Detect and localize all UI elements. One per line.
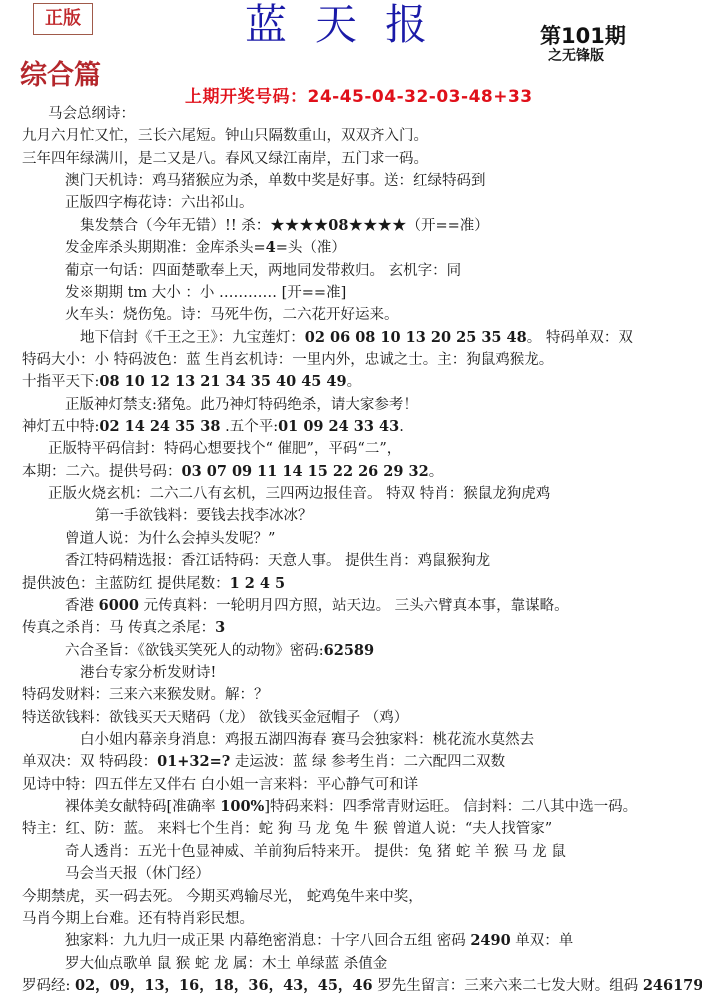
text-line: 葡京一句话：四面楚歌奉上天，两地同发带救归。 玄机字：同 (65, 260, 461, 282)
text-line: 发金库杀头期期准：金库杀头=4=头（准） (65, 237, 346, 259)
text-line: 罗大仙点歌单 鼠 猴 蛇 龙 属：木土 单绿蓝 杀值金 (65, 953, 387, 975)
section-title: 综合篇 (20, 60, 101, 92)
text-line: 见诗中特：四五伴左又伴右 白小姐一言来料：平心静气可和详 (22, 774, 418, 796)
text-line: 特码大小：小 特码波色：蓝 生肖玄机诗：一里内外，忠诚之士。主：狗鼠鸡猴龙。 (22, 349, 553, 371)
text-line: 白小姐内幕亲身消息：鸡报五湖四海春 赛马会独家料：桃花流水莫然去 (80, 729, 534, 751)
text-line: 单双决：双 特码段：01+32=? 走运波：蓝 绿 参考生肖：二六配四二双数 (22, 751, 505, 773)
text-line: 香江特码精选报：香江话特码：天意人事。 提供生肖：鸡鼠猴狗龙 (65, 550, 490, 572)
text-line: 港台专家分析发财诗! (80, 662, 216, 684)
text-line: 发※期期 tm 大小 ：小 ………… [开==准] (65, 282, 346, 304)
text-line: 地下信封《千王之王》：九宝莲灯：02 06 08 10 13 20 25 35 … (80, 327, 633, 349)
text-line: 特送欲钱料：欲钱买天天赌码（龙） 欲钱买金冠帽子 （鸡） (22, 707, 408, 729)
genuine-edition-badge: 正版 (33, 3, 93, 35)
text-line: 提供波色：主蓝防红 提供尾数：1 2 4 5 (22, 573, 285, 595)
text-line: 曾道人说：为什么会掉头发呢？” (65, 528, 275, 550)
text-line: 裸体美女献特码[准确率 100%]特码来料：四季常青财运旺。 信封料：二八其中选… (65, 796, 637, 818)
text-line: 火车头：烧伤兔。诗：马死牛伤，二六花开好运来。 (65, 304, 399, 326)
text-line: 正版四字梅花诗：六出祁山。 (65, 192, 254, 214)
text-line: 特主：红、防：蓝。 来料七个生肖：蛇 狗 马 龙 兔 牛 猴 曾道人说：“夫人找… (22, 818, 552, 840)
edition-label: 之无锋版 (548, 48, 604, 64)
text-line: 三年四年绿满川，是二又是八。春风又绿江南岸，五门求一码。 (22, 148, 428, 170)
last-draw-label: 上期开奖号码： (185, 87, 308, 107)
text-line: 马会总纲诗： (48, 103, 135, 125)
text-line: 第一手欲钱料：要钱去找李冰冰？ (95, 505, 313, 527)
text-line: 马肖今期上台难。还有特肖彩民想。 (22, 908, 254, 930)
issue-number: 第101期 (540, 24, 626, 48)
text-line: 九月六月忙又忙，三长六尾短。钟山只隔数重山，双双齐入门。 (22, 125, 428, 147)
text-line: 正版神灯禁支:猪兔。此乃神灯特码绝杀，请大家参考！ (65, 394, 418, 416)
text-line: 马会当天报（休门经） (65, 863, 210, 885)
text-line: 十指平天下:08 10 12 13 21 34 35 40 45 49。 (22, 371, 361, 393)
text-line: 澳门天机诗：鸡马猪猴应为杀，单数中奖是好事。送：红绿特码到 (65, 170, 486, 192)
text-line: 传真之杀肖：马 传真之杀尾：3 (22, 617, 225, 639)
text-line: 独家料：九九归一成正果 内幕绝密消息：十字八回合五组 密码 2490 单双：单 (65, 930, 573, 952)
text-line: 正版特平码信封：特码心想要找个“ 催肥”，平码“二”， (48, 438, 401, 460)
text-line: 特码发财料：三来六来猴发财。解：？ (22, 684, 269, 706)
last-draw-numbers: 24-45-04-32-03-48+33 (308, 87, 533, 107)
text-line: 正版火烧玄机：二六二八有玄机，三四两边报佳音。 特双 特肖：猴鼠龙狗虎鸡 (48, 483, 550, 505)
text-line: 本期：二六。提供号码：03 07 09 11 14 15 22 26 29 32… (22, 461, 443, 483)
text-line: 罗码经: 02，09，13，16，18，36，43，45，46 罗先生留言：三来… (22, 975, 702, 997)
text-line: 神灯五中特:02 14 24 35 38 .五个平:01 09 24 33 43… (22, 416, 404, 438)
text-line: 香港 6000 元传真料：一轮明月四方照，站天边。 三头六臂真本事，靠谋略。 (65, 595, 569, 617)
text-line: 六合圣旨：《欲钱买笑死人的动物》密码:62589 (65, 640, 374, 662)
newspaper-title: 蓝天报 (245, 0, 455, 50)
text-line: 集发禁合（今年无错）!! 杀：★★★★08★★★★（开==准） (80, 215, 489, 237)
text-line: 今期禁虎，买一码去死。 今期买鸡输尽光， 蛇鸡兔牛来中奖， (22, 886, 423, 908)
text-line: 奇人透肖：五光十色显神威、羊前狗后特来开。 提供：兔 猪 蛇 羊 猴 马 龙 鼠 (65, 841, 566, 863)
last-draw-results: 上期开奖号码：24-45-04-32-03-48+33 (185, 86, 533, 108)
